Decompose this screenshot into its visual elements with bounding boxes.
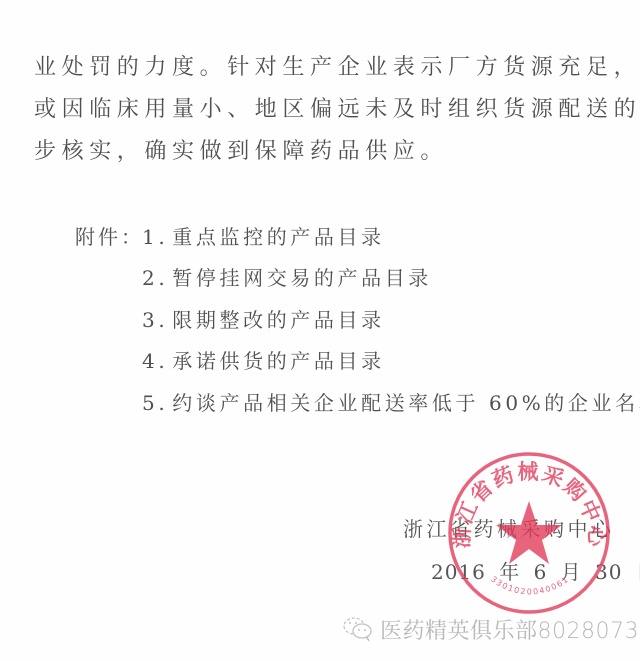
signature-organization: 浙江省药械采购中心 — [403, 516, 615, 542]
attachment-number: 3. — [142, 307, 168, 333]
wechat-icon — [342, 615, 374, 643]
attachment-number: 2. — [142, 265, 168, 291]
attachment-item-3: 3.限期整改的产品目录 — [142, 307, 385, 333]
attachment-number: 1. — [142, 224, 168, 250]
attachment-number: 5. — [142, 390, 168, 416]
attachment-text: 限期整改的产品目录 — [172, 308, 384, 332]
document-page: 业处罚的力度。针对生产企业表示厂方货源充足，配送企业 或因临床用量小、地区偏远未… — [0, 0, 640, 661]
watermark-text: 医药精英俱乐部80280735 — [380, 614, 640, 645]
signature-date: 2016 年 6 月 30 日 — [431, 559, 640, 585]
attachment-text: 约谈产品相关企业配送率低于 60%的企业名单 — [172, 391, 640, 415]
attachment-text: 重点监控的产品目录 — [172, 225, 384, 249]
attachment-item-5: 5.约谈产品相关企业配送率低于 60%的企业名单 — [142, 390, 640, 416]
attachment-number: 4. — [142, 348, 168, 374]
body-line-2: 或因临床用量小、地区偏远未及时组织货源配送的情况进一 — [34, 96, 640, 124]
attachment-text: 承诺供货的产品目录 — [172, 349, 384, 373]
attachment-item-4: 4.承诺供货的产品目录 — [142, 348, 385, 374]
watermark: 医药精英俱乐部80280735 — [342, 614, 640, 644]
body-line-1: 业处罚的力度。针对生产企业表示厂方货源充足，配送企业 — [34, 54, 640, 82]
body-line-3: 步核实，确实做到保障药品供应。 — [34, 138, 448, 166]
attachment-item-1: 1.重点监控的产品目录 — [142, 224, 385, 250]
attachment-item-2: 2.暂停挂网交易的产品目录 — [142, 265, 432, 291]
attachments-label: 附件： — [75, 224, 144, 250]
attachment-text: 暂停挂网交易的产品目录 — [172, 266, 432, 290]
